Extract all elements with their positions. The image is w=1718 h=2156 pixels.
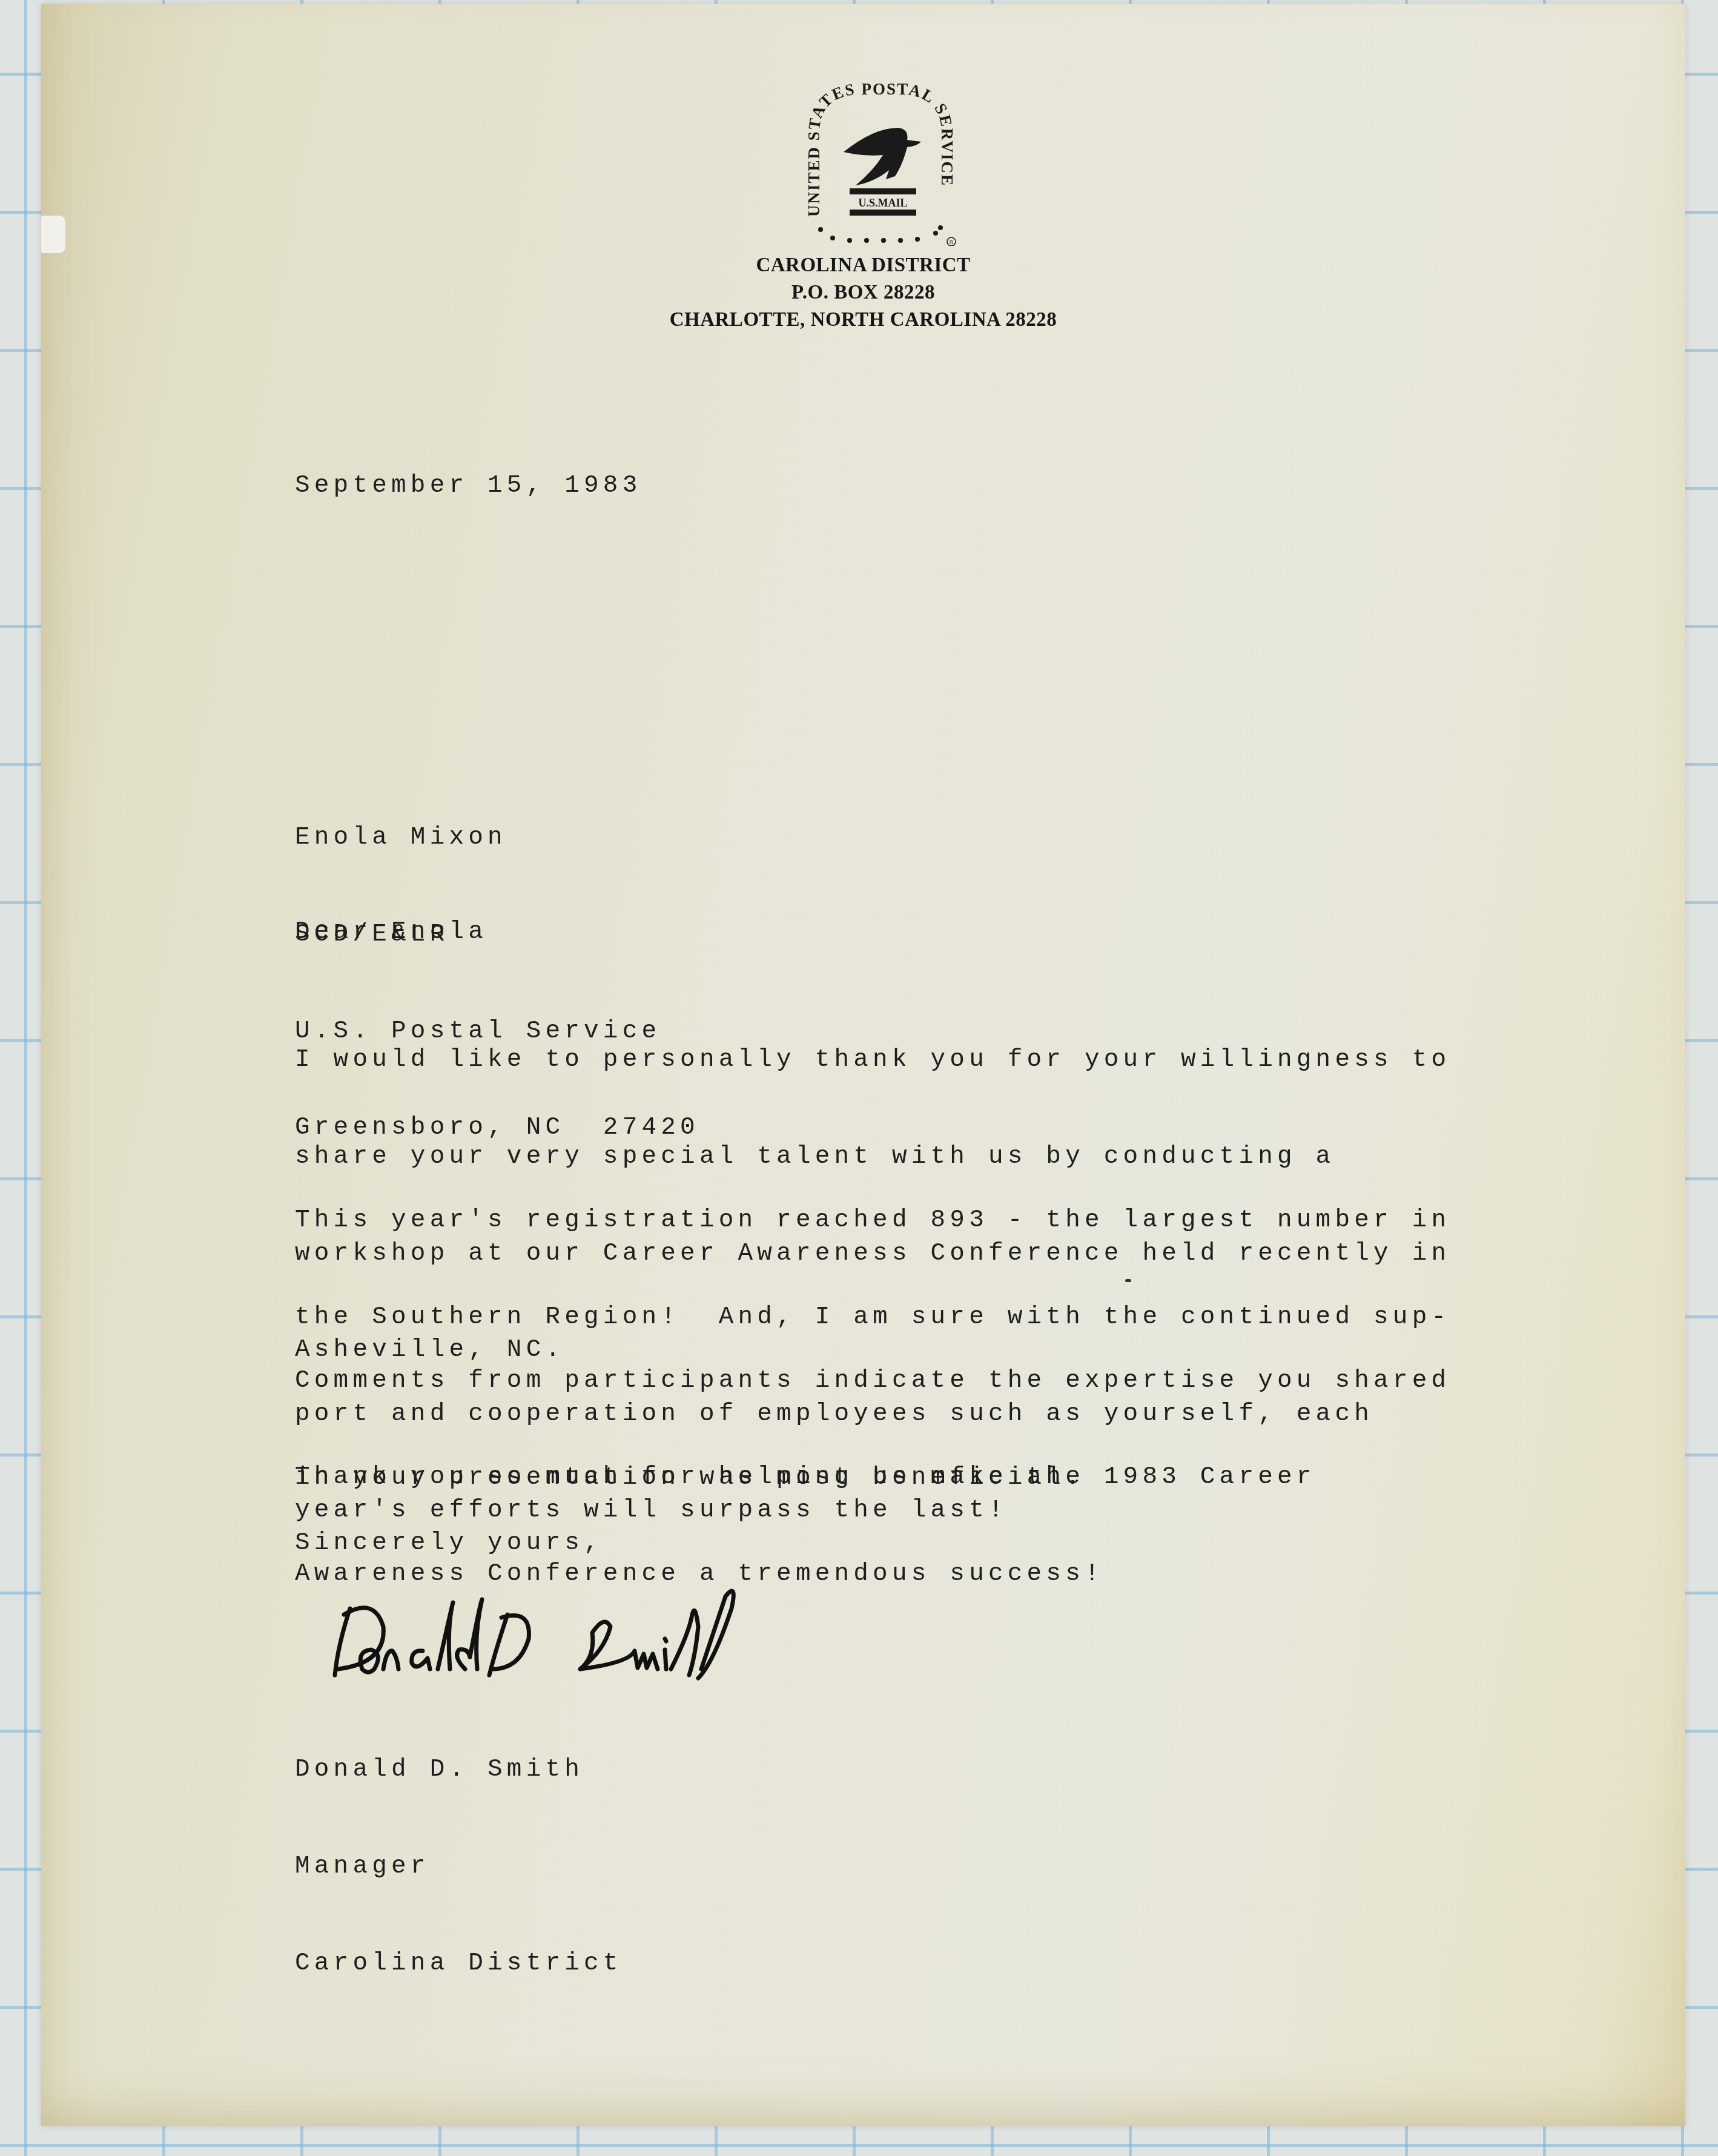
salutation: Dear Enola	[295, 916, 487, 948]
svg-text:U.S.MAIL: U.S.MAIL	[858, 197, 907, 209]
svg-text:R: R	[950, 239, 954, 245]
handwritten-signature-icon	[326, 1578, 798, 1687]
letterhead-po-box: P.O. BOX 28228	[41, 279, 1685, 306]
signer-unit: Carolina District	[295, 1948, 623, 1980]
letterhead-organization: CAROLINA DISTRICT	[41, 252, 1685, 279]
paragraph-line: Thank you so much for helping us make th…	[295, 1461, 1316, 1493]
punch-hole-tear	[41, 216, 65, 253]
letterhead-address: CAROLINA DISTRICT P.O. BOX 28228 CHARLOT…	[41, 252, 1685, 334]
signer-title: Manager	[295, 1851, 623, 1883]
signer-block: Donald D. Smith Manager Carolina Distric…	[295, 1690, 623, 2044]
letterhead-city-line: CHARLOTTE, NORTH CAROLINA 28228	[41, 306, 1685, 334]
letter-date: September 15, 1983	[295, 470, 641, 502]
paragraph-line: Comments from participants indicate the …	[295, 1365, 1450, 1397]
ink-speck	[1125, 1279, 1131, 1282]
signer-name: Donald D. Smith	[295, 1754, 623, 1786]
letter-page: UNITED STATES POSTAL SERVICE U.S.MAIL R …	[41, 4, 1685, 2126]
usps-eagle-logo-icon: UNITED STATES POSTAL SERVICE U.S.MAIL R	[783, 79, 989, 246]
paragraph-line: This year's registration reached 893 - t…	[295, 1205, 1450, 1237]
closing: Sincerely yours,	[295, 1527, 603, 1559]
paragraph-line: I would like to personally thank you for…	[295, 1044, 1450, 1076]
recipient-name: Enola Mixon	[295, 822, 699, 854]
